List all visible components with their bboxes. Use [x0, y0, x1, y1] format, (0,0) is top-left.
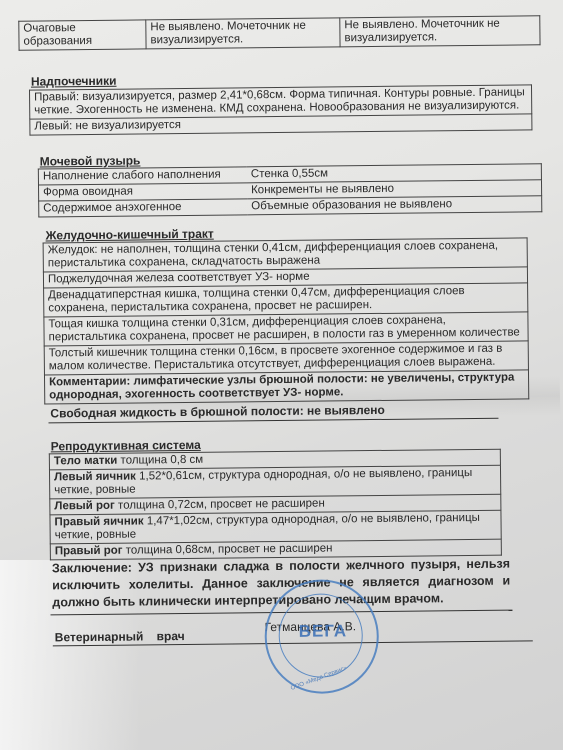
row-label: Левый рог: [54, 500, 115, 513]
stamp-logo: ВЕГА: [299, 621, 348, 642]
bladder-cell: Объемные образования не выявлено: [247, 196, 542, 215]
focal-lesions-col2: Не выявлено. Мочеточник не визуализирует…: [146, 18, 340, 49]
adrenals-table: Правый: визуализируется, размер 2,41*0,6…: [29, 84, 532, 135]
table-row: Комментарии: лимфатические узлы брюшной …: [44, 370, 528, 404]
document-page: Очаговые образования Не выявлено. Мочето…: [0, 0, 563, 750]
clinic-stamp: ВЕГА ООО «Меда Сервис»: [264, 579, 379, 694]
table-row: Правый яичник 1,47*1,02см, структура одн…: [50, 510, 501, 544]
signature-role: Ветеринарный врач: [55, 629, 185, 644]
row-text: толщина 0,8 см: [117, 454, 203, 467]
focal-lesions-table: Очаговые образования Не выявлено. Мочето…: [18, 15, 540, 50]
adrenals-title: Надпочечники: [31, 74, 117, 89]
table-row: Очаговые образования Не выявлено. Мочето…: [19, 16, 540, 50]
row-label: Тело матки: [54, 455, 118, 468]
bladder-title: Мочевой пузырь: [40, 153, 141, 168]
table-row: Левый яичник 1,52*0,61см, структура одно…: [49, 465, 500, 499]
row-text: толщина 0,68см, просвет не расширен: [122, 542, 332, 556]
row-label: Левый яичник: [54, 471, 136, 484]
gi-tract-table: Желудок: не наполнен, толщина стенки 0,4…: [43, 237, 530, 404]
row-text: толщина 0,72см, просвет не расширен: [115, 498, 325, 512]
right-ovary: Правый яичник 1,47*1,02см, структура одн…: [50, 510, 501, 544]
free-fluid-text: Свободная жидкость в брюшной полости: не…: [50, 403, 385, 421]
gi-comment: Комментарии: лимфатические узлы брюшной …: [44, 370, 528, 404]
focal-lesions-col3: Не выявлено. Мочеточник не визуализирует…: [340, 16, 540, 47]
bladder-table: Наполнение слабого наполнения Стенка 0,5…: [38, 163, 542, 217]
focal-lesions-label: Очаговые образования: [19, 20, 146, 50]
reproductive-table: Тело матки толщина 0,8 см Левый яичник 1…: [49, 449, 502, 561]
row-label: Правый яичник: [54, 515, 143, 528]
bladder-cell: Содержимое анэхогенное: [39, 199, 248, 217]
left-ovary: Левый яичник 1,52*0,61см, структура одно…: [49, 465, 500, 499]
row-label: Правый рог: [55, 545, 123, 558]
